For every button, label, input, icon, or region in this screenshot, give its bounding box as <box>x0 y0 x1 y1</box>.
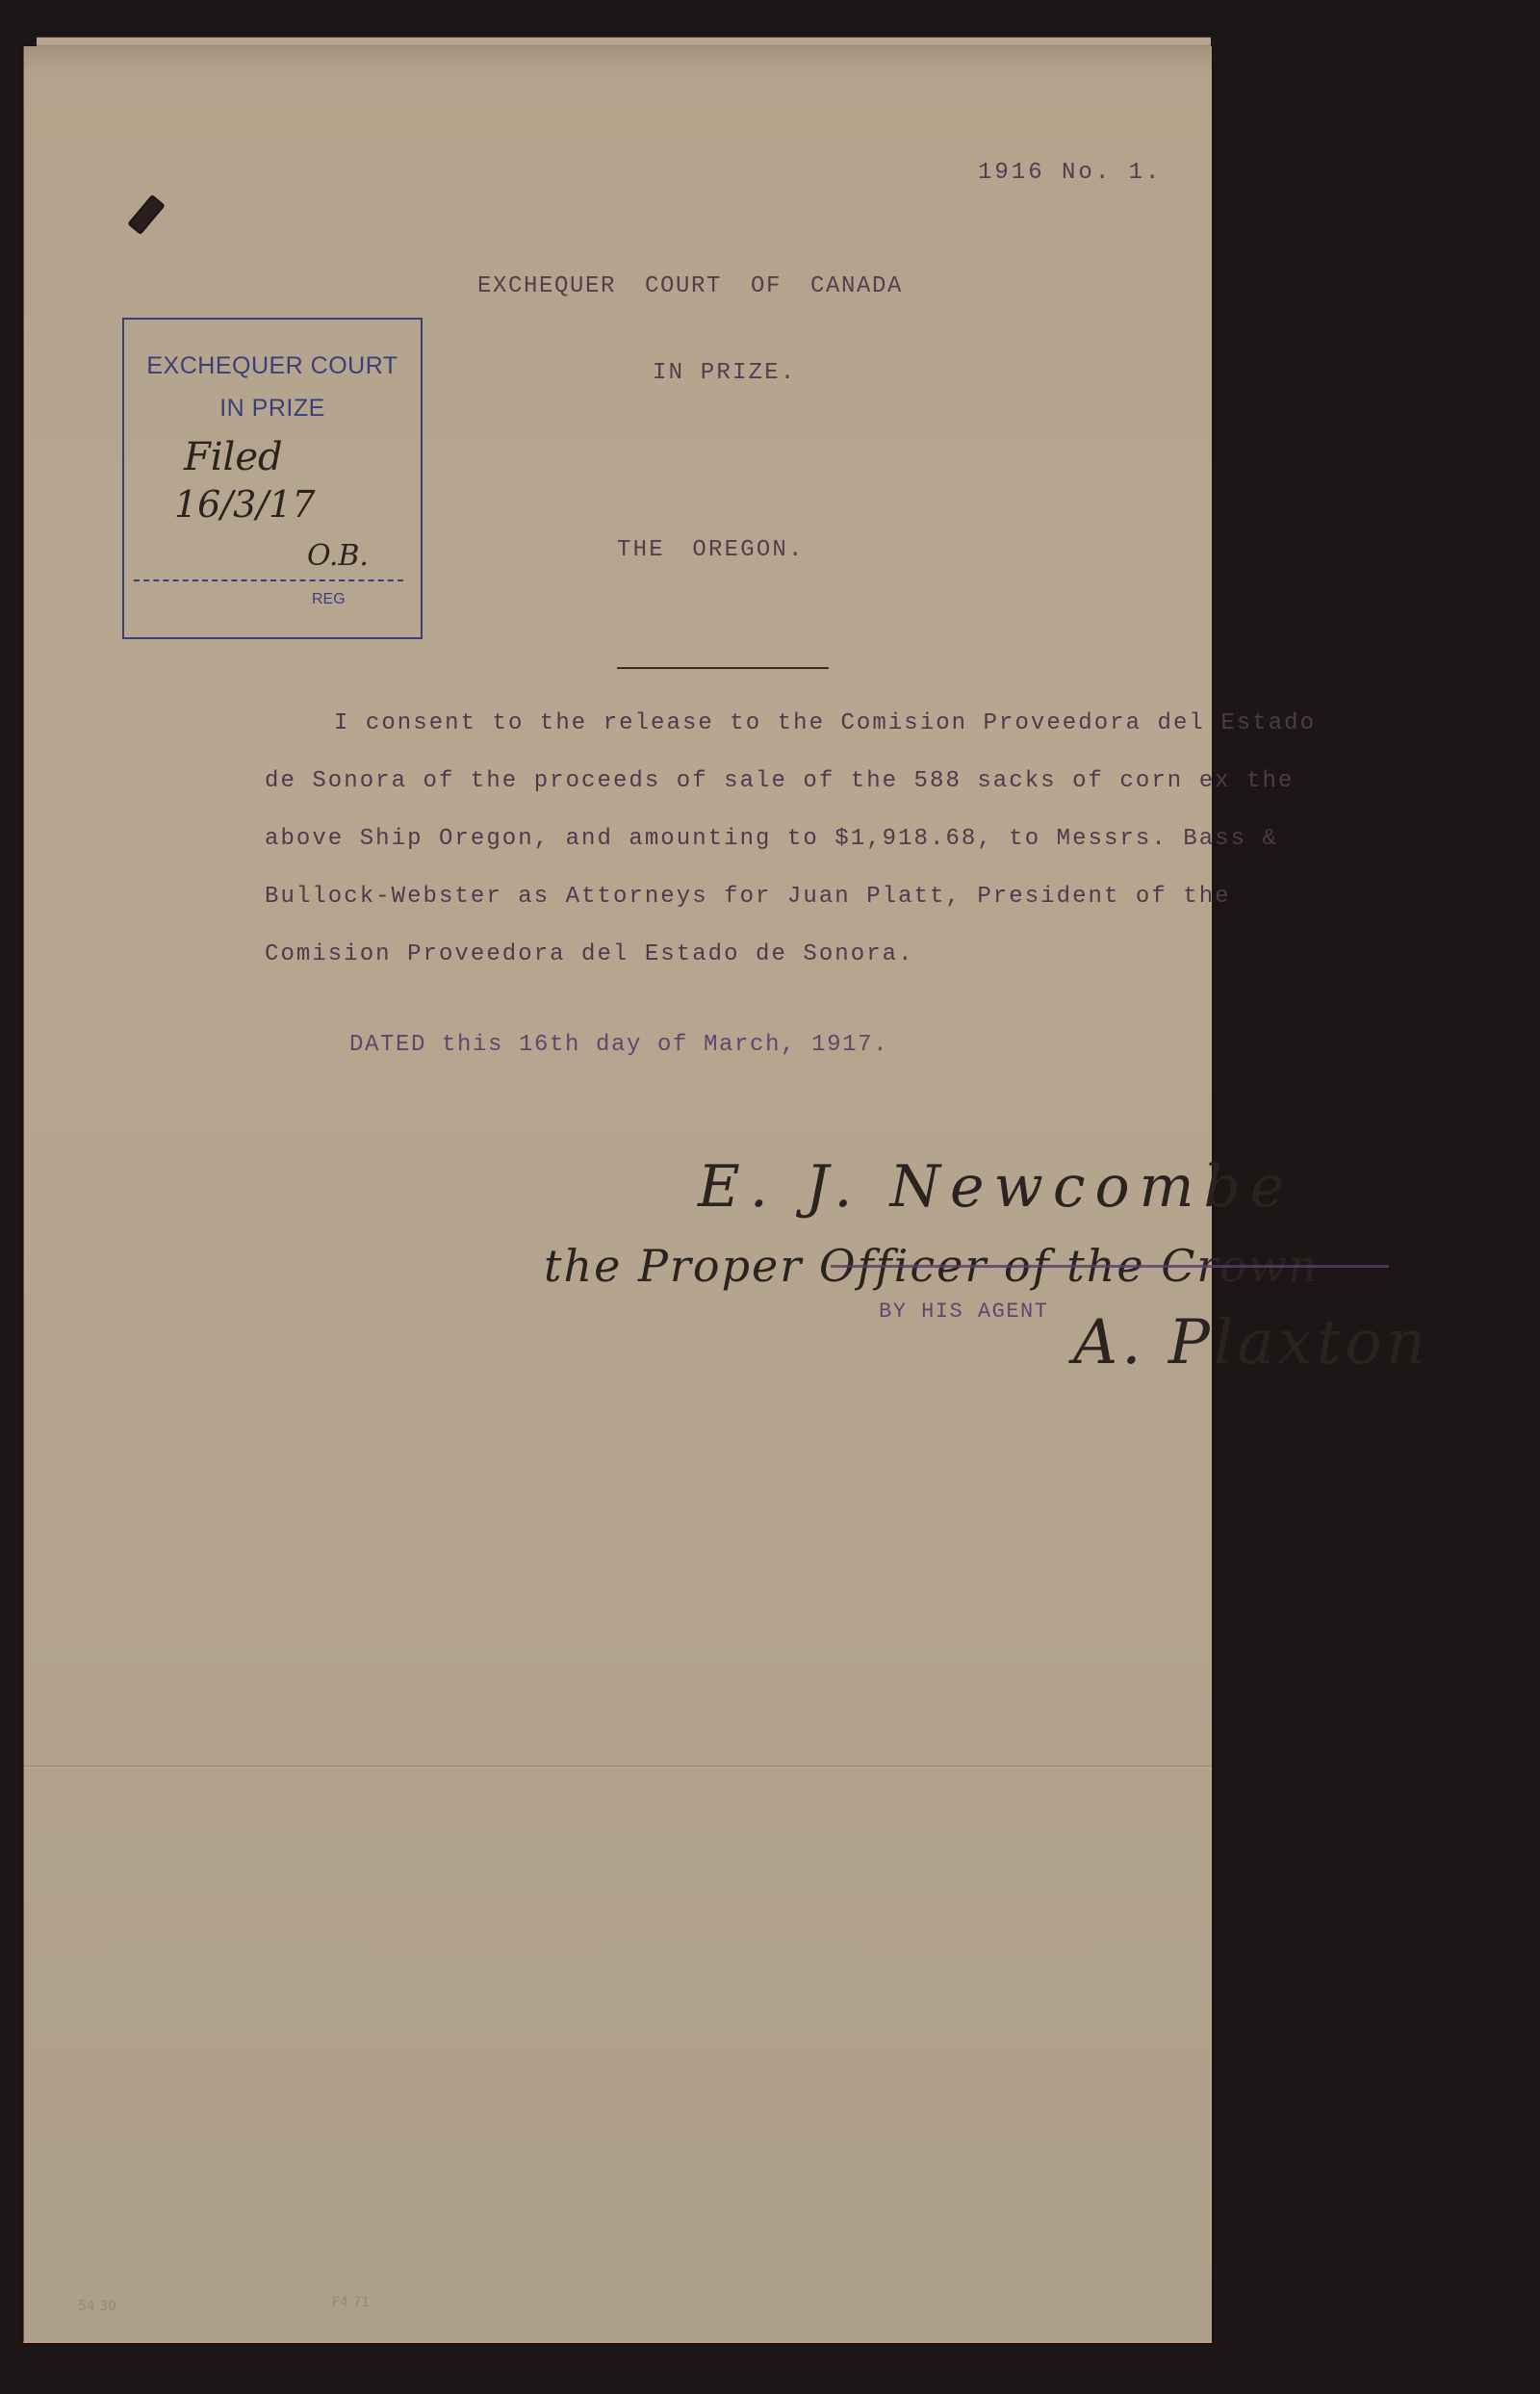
by-his-agent-label: BY HIS AGENT <box>879 1300 1048 1324</box>
stamp-initials: O.B. <box>307 539 369 573</box>
docket-number: 1916 No. 1. <box>978 160 1162 186</box>
case-title: THE OREGON. <box>617 537 805 563</box>
signature-line <box>831 1265 1389 1268</box>
dated-line: DATED this 16th day of March, 1917. <box>349 1032 888 1058</box>
stamp-dashed-line <box>134 579 403 581</box>
body-line: de Sonora of the proceeds of sale of the… <box>265 768 1294 794</box>
stamp-filed-handwriting: Filed <box>184 435 283 479</box>
jurisdiction-heading: IN PRIZE. <box>653 360 796 386</box>
body-line: Bullock-Webster as Attorneys for Juan Pl… <box>265 884 1231 910</box>
stamp-court-label: EXCHEQUER COURT <box>124 352 421 380</box>
document-page: 1916 No. 1. EXCHEQUER COURT OF CANADA IN… <box>23 46 1212 2343</box>
fold-crease <box>24 1765 1212 1768</box>
case-title-underline <box>617 667 829 669</box>
top-shadow-band <box>24 46 1212 75</box>
paper-clip-icon <box>127 194 166 235</box>
signature-newcombe: E. J. Newcombe <box>698 1153 1294 1221</box>
archive-mark-right: F4 71 <box>332 2295 370 2310</box>
court-heading: EXCHEQUER COURT OF CANADA <box>477 273 903 299</box>
archive-mark-left: 54 30 <box>78 2299 116 2314</box>
body-line: above Ship Oregon, and amounting to $1,9… <box>265 826 1278 852</box>
stamp-date-handwriting: 16/3/17 <box>174 483 316 526</box>
stamp-reg-label: REG <box>312 591 346 608</box>
agent-signature: A. Plaxton <box>1073 1307 1429 1378</box>
body-line: I consent to the release to the Comision… <box>334 710 1316 736</box>
body-line: Comision Proveedora del Estado de Sonora… <box>265 941 914 967</box>
filing-stamp: EXCHEQUER COURT IN PRIZE Filed 16/3/17 O… <box>122 318 423 639</box>
stamp-prize-label: IN PRIZE <box>124 395 421 423</box>
